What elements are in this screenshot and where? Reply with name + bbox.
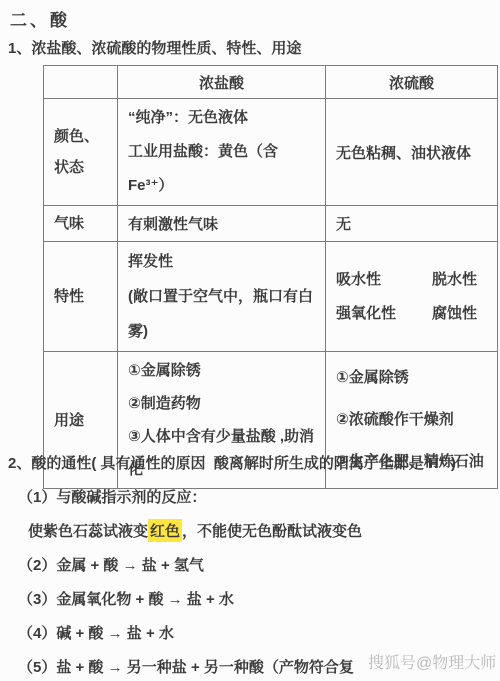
- section1-heading: 1、浓盐酸、浓硫酸的物理性质、特性、用途: [8, 37, 301, 58]
- sohu-watermark: 搜狐号@物理大师: [368, 650, 496, 673]
- indicator-highlight-red: 红色: [148, 519, 182, 542]
- property-line-2: （2）金属 + 酸 → 盐 + 氢气: [0, 547, 500, 581]
- indicator-reaction-line: 使紫色石蕊试液变红色，不能使无色酚酞试液变色: [0, 513, 500, 547]
- header-empty-cell: [44, 66, 118, 99]
- property-line-1: （1）与酸碱指示剂的反应：: [0, 479, 500, 513]
- cell-h2so4-color-state: 无色粘稠、油状液体: [326, 99, 498, 206]
- acid-general-properties-section: 2、酸的通性( 具有通性的原因 酸离解时所生成的阳离子全部是 H⁺ ) （1）与…: [0, 445, 500, 681]
- hcl-use-1: ①金属除锈: [128, 354, 319, 387]
- h2so4-prop-absorbent: 吸水性: [336, 270, 432, 290]
- cell-hcl-properties: 挥发性 (敞口置于空气中，瓶口有白雾): [118, 242, 326, 352]
- hcl-color-line-2: 工业用盐酸：黄色（含 Fe³⁺）: [128, 135, 319, 203]
- hcl-use-2: ②制造药物: [128, 387, 319, 420]
- h2so4-prop-dehydrating: 脱水性: [432, 270, 491, 290]
- cell-hcl-color-state: “纯净”：无色液体 工业用盐酸：黄色（含 Fe³⁺）: [118, 99, 326, 206]
- table-row-odor: 气味 有刺激性气味 无: [44, 206, 498, 242]
- header-hcl: 浓盐酸: [118, 66, 326, 99]
- cell-h2so4-odor: 无: [326, 206, 498, 242]
- hcl-color-line-1: “纯净”：无色液体: [128, 101, 319, 135]
- table-row-properties: 特性 挥发性 (敞口置于空气中，瓶口有白雾) 吸水性 脱水性 强氧化性 腐蚀性: [44, 242, 498, 352]
- property-line-3: （3）金属氧化物 + 酸 → 盐 + 水: [0, 581, 500, 615]
- row-label-properties: 特性: [44, 242, 118, 352]
- header-h2so4: 浓硫酸: [326, 66, 498, 99]
- indicator-suffix: ，不能使无色酚酞试液变色: [182, 520, 362, 541]
- h2so4-prop-corrosive: 腐蚀性: [432, 304, 491, 324]
- acid-comparison-table: 浓盐酸 浓硫酸 颜色、状态 “纯净”：无色液体 工业用盐酸：黄色（含 Fe³⁺）…: [43, 65, 498, 489]
- row-label-odor: 气味: [44, 206, 118, 242]
- section2-heading: 2、酸的通性( 具有通性的原因 酸离解时所生成的阳离子全部是 H⁺ ): [0, 445, 500, 479]
- h2so4-properties-grid: 吸水性 脱水性 强氧化性 腐蚀性: [336, 270, 491, 324]
- cell-h2so4-properties: 吸水性 脱水性 强氧化性 腐蚀性: [326, 242, 498, 352]
- table-row-color-state: 颜色、状态 “纯净”：无色液体 工业用盐酸：黄色（含 Fe³⁺） 无色粘稠、油状…: [44, 99, 498, 206]
- cell-hcl-odor: 有刺激性气味: [118, 206, 326, 242]
- table-header-row: 浓盐酸 浓硫酸: [44, 66, 498, 99]
- indicator-prefix: 使紫色石蕊试液变: [28, 520, 148, 541]
- property-line-4: （4）碱 + 酸 → 盐 + 水: [0, 615, 500, 649]
- row-label-color-state: 颜色、状态: [44, 99, 118, 206]
- page-title: 二、酸: [10, 6, 70, 31]
- h2so4-use-1: ①金属除锈: [336, 357, 491, 399]
- h2so4-prop-oxidizing: 强氧化性: [336, 304, 432, 324]
- hcl-prop-line-1: 挥发性: [128, 244, 319, 279]
- hcl-prop-line-2: (敞口置于空气中，瓶口有白雾): [128, 279, 319, 349]
- h2so4-use-2: ②浓硫酸作干燥剂: [336, 399, 491, 441]
